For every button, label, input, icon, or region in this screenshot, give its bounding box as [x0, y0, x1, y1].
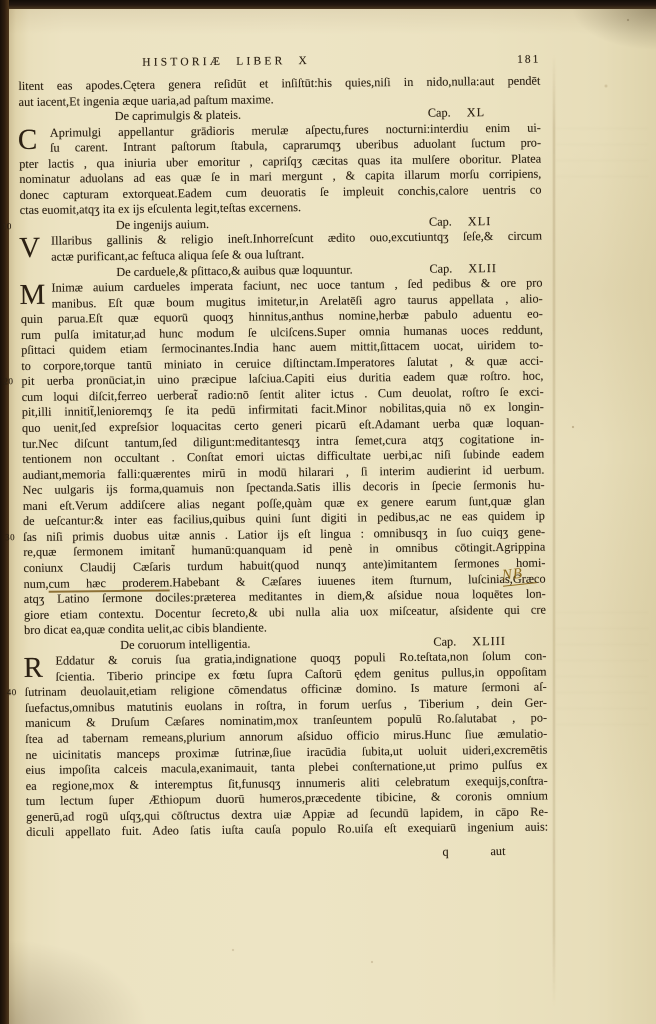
cap-label: Cap.: [428, 106, 451, 122]
page-crease: [553, 55, 555, 1006]
text-segment: num,: [24, 576, 49, 590]
margin-line-number: 40: [7, 687, 22, 698]
direction-line: q aut: [26, 844, 548, 865]
page-edge-left: [0, 0, 9, 1024]
page-number: 181: [517, 54, 540, 66]
quire-signature: q: [442, 845, 448, 860]
cap-label: Cap.: [433, 634, 456, 650]
heading-fill: [353, 261, 430, 277]
chapter-title: De caprimulgis & plateis.: [115, 108, 242, 125]
cap-number: XLI: [468, 214, 518, 230]
cap-label: Cap.: [429, 261, 452, 277]
running-head: HISTORIÆ LIBER X 181: [18, 53, 542, 74]
cap-number: XL: [467, 105, 517, 121]
cap-number: XLII: [468, 260, 518, 276]
margin-line-number: 10: [2, 221, 17, 232]
book-scan-page: HISTORIÆ LIBER X 181 litent eas apodes.C…: [0, 0, 656, 1024]
printed-text-area: HISTORIÆ LIBER X 181 litent eas apodes.C…: [17, 0, 550, 900]
catchword: aut: [490, 844, 505, 859]
hand-underlined-text: cum hæc proderem: [48, 575, 169, 592]
chapter-title: De ingenijs auium.: [116, 217, 209, 234]
verso-showthrough: [556, 612, 648, 732]
margin-line-number: 20: [3, 376, 18, 387]
text-lines: litent eas apodes.Cętera genera reſidūt …: [18, 74, 548, 841]
handwritten-nb-note: NB: [501, 564, 537, 586]
verso-showthrough: [556, 128, 648, 180]
cap-label: Cap.: [429, 214, 452, 230]
cap-number: XLIII: [472, 633, 522, 649]
running-head-title: HISTORIÆ LIBER X: [142, 55, 310, 69]
chapter-title: De coruorum intelligentia.: [120, 636, 250, 653]
margin-line-number: 30: [5, 532, 20, 543]
